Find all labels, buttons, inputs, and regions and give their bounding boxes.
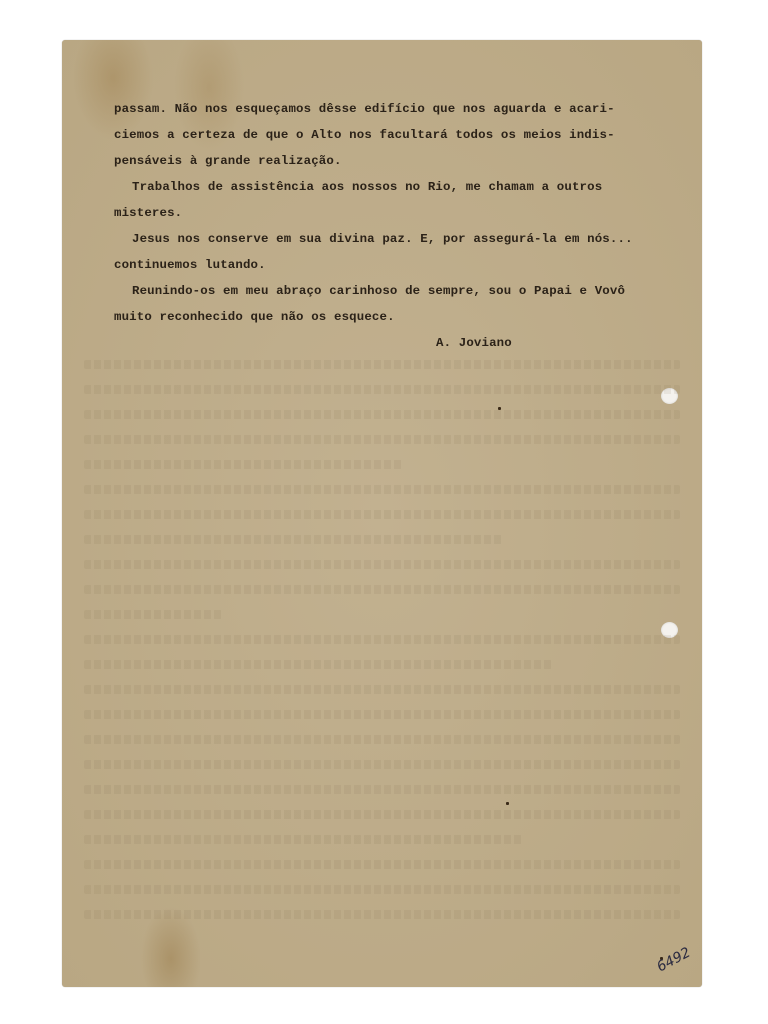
text-line: misteres. xyxy=(114,200,634,226)
ink-speck xyxy=(506,802,509,805)
document-page: passam. Não nos esqueçamos dêsse edifíci… xyxy=(62,40,702,987)
signature: A. Joviano xyxy=(114,330,634,356)
text-line: ciemos a certeza de que o Alto nos facul… xyxy=(114,122,634,148)
text-line: continuemos lutando. xyxy=(114,252,634,278)
text-line: Jesus nos conserve em sua divina paz. E,… xyxy=(114,226,634,252)
archive-number: 6492 xyxy=(654,945,693,976)
ink-speck xyxy=(498,407,501,410)
text-line: passam. Não nos esqueçamos dêsse edifíci… xyxy=(114,96,634,122)
text-line: muito reconhecido que não os esquece. xyxy=(114,304,634,330)
text-line: Reunindo-os em meu abraço carinhoso de s… xyxy=(114,278,634,304)
text-line: Trabalhos de assistência aos nossos no R… xyxy=(114,174,634,200)
letter-body: passam. Não nos esqueçamos dêsse edifíci… xyxy=(114,96,634,356)
text-line: pensáveis à grande realização. xyxy=(114,148,634,174)
